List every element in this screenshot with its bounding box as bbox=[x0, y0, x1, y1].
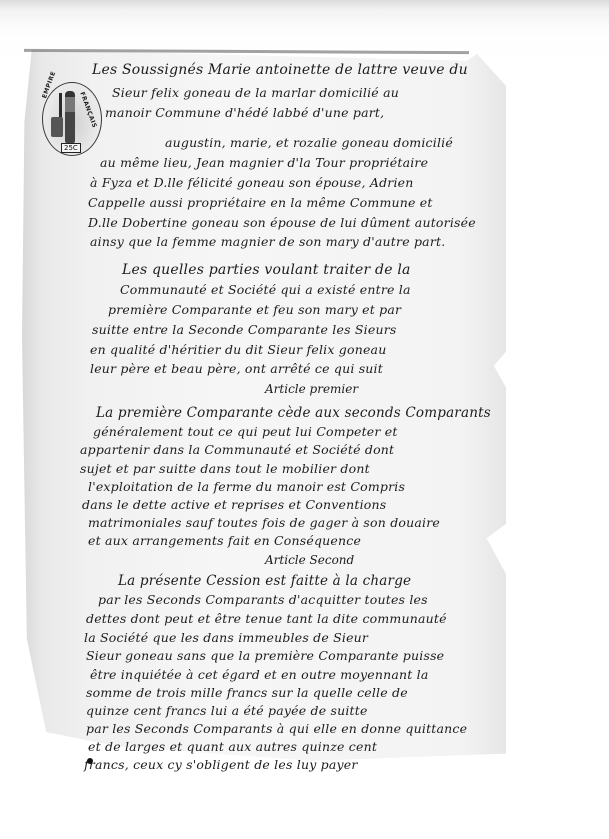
text-line: généralement tout ce qui peut lui Compet… bbox=[93, 424, 398, 439]
text-line: Les quelles parties voulant traiter de l… bbox=[122, 262, 411, 278]
text-line: à Fyza et D.lle félicité goneau son épou… bbox=[90, 175, 414, 190]
text-line: sujet et par suitte dans tout le mobilie… bbox=[80, 461, 370, 476]
heading-article-second: Article Second bbox=[265, 553, 354, 567]
text-line: être inquiétée à cet égard et en outre m… bbox=[90, 667, 429, 682]
text-line: quinze cent francs lui a été payée de su… bbox=[86, 703, 368, 718]
text-line: et aux arrangements fait en Conséquence bbox=[88, 533, 361, 548]
text-line: et de larges et quant aux autres quinze … bbox=[88, 739, 377, 754]
text-line: somme de trois mille francs sur la quell… bbox=[86, 685, 408, 700]
stamp-allegorical-figure-icon bbox=[65, 91, 75, 143]
text-line: la Société que les dans immeubles de Sie… bbox=[84, 630, 368, 645]
text-line: manoir Commune d'hédé labbé d'une part, bbox=[105, 105, 384, 120]
text-line: première Comparante et feu son mary et p… bbox=[108, 302, 401, 317]
text-line: par les Seconds Comparants à qui elle en… bbox=[86, 721, 467, 736]
text-line: francs, ceux cy s'obligent de les luy pa… bbox=[84, 757, 358, 772]
text-line: La présente Cession est faitte à la char… bbox=[118, 573, 411, 589]
heading-article-premier: Article premier bbox=[265, 382, 358, 396]
text-line: La première Comparante cède aux seconds … bbox=[96, 405, 491, 421]
text-line: suitte entre la Seconde Comparante les S… bbox=[92, 322, 396, 337]
text-line: augustin, marie, et rozalie goneau domic… bbox=[165, 135, 453, 150]
text-line: l'exploitation de la ferme du manoir est… bbox=[88, 479, 405, 494]
ink-blot-icon bbox=[87, 758, 93, 764]
text-line: matrimoniales sauf toutes fois de gager … bbox=[88, 515, 440, 530]
text-line: Communauté et Société qui a existé entre… bbox=[120, 282, 411, 297]
stamp-value: 25C bbox=[61, 143, 81, 153]
text-line: Les Soussignés Marie antoinette de lattr… bbox=[92, 62, 468, 78]
text-line: D.lle Dobertine goneau son épouse de lui… bbox=[88, 215, 476, 230]
stamp-shield-icon bbox=[51, 117, 63, 137]
text-line: au même lieu, Jean magnier d'la Tour pro… bbox=[100, 155, 428, 170]
stamp-right-legend: FRANÇAIS bbox=[78, 91, 98, 129]
empire-francais-stamp-icon: EMPIRE FRANÇAIS 25C bbox=[42, 82, 102, 156]
text-line: dans le dette active et reprises et Conv… bbox=[82, 497, 386, 512]
text-line: leur père et beau père, ont arrêté ce qu… bbox=[90, 361, 383, 376]
text-line: par les Seconds Comparants d'acquitter t… bbox=[98, 592, 428, 607]
text-line: en qualité d'héritier du dit Sieur felix… bbox=[90, 342, 386, 357]
text-line: ainsy que la femme magnier de son mary d… bbox=[90, 234, 445, 249]
text-line: Sieur goneau sans que la première Compar… bbox=[86, 648, 444, 663]
text-line: appartenir dans la Communauté et Société… bbox=[80, 442, 394, 457]
text-line: dettes dont peut et être tenue tant la d… bbox=[86, 611, 447, 626]
text-line: Cappelle aussi propriétaire en la même C… bbox=[88, 195, 433, 210]
text-line: Sieur felix goneau de la marlar domicili… bbox=[112, 85, 399, 100]
